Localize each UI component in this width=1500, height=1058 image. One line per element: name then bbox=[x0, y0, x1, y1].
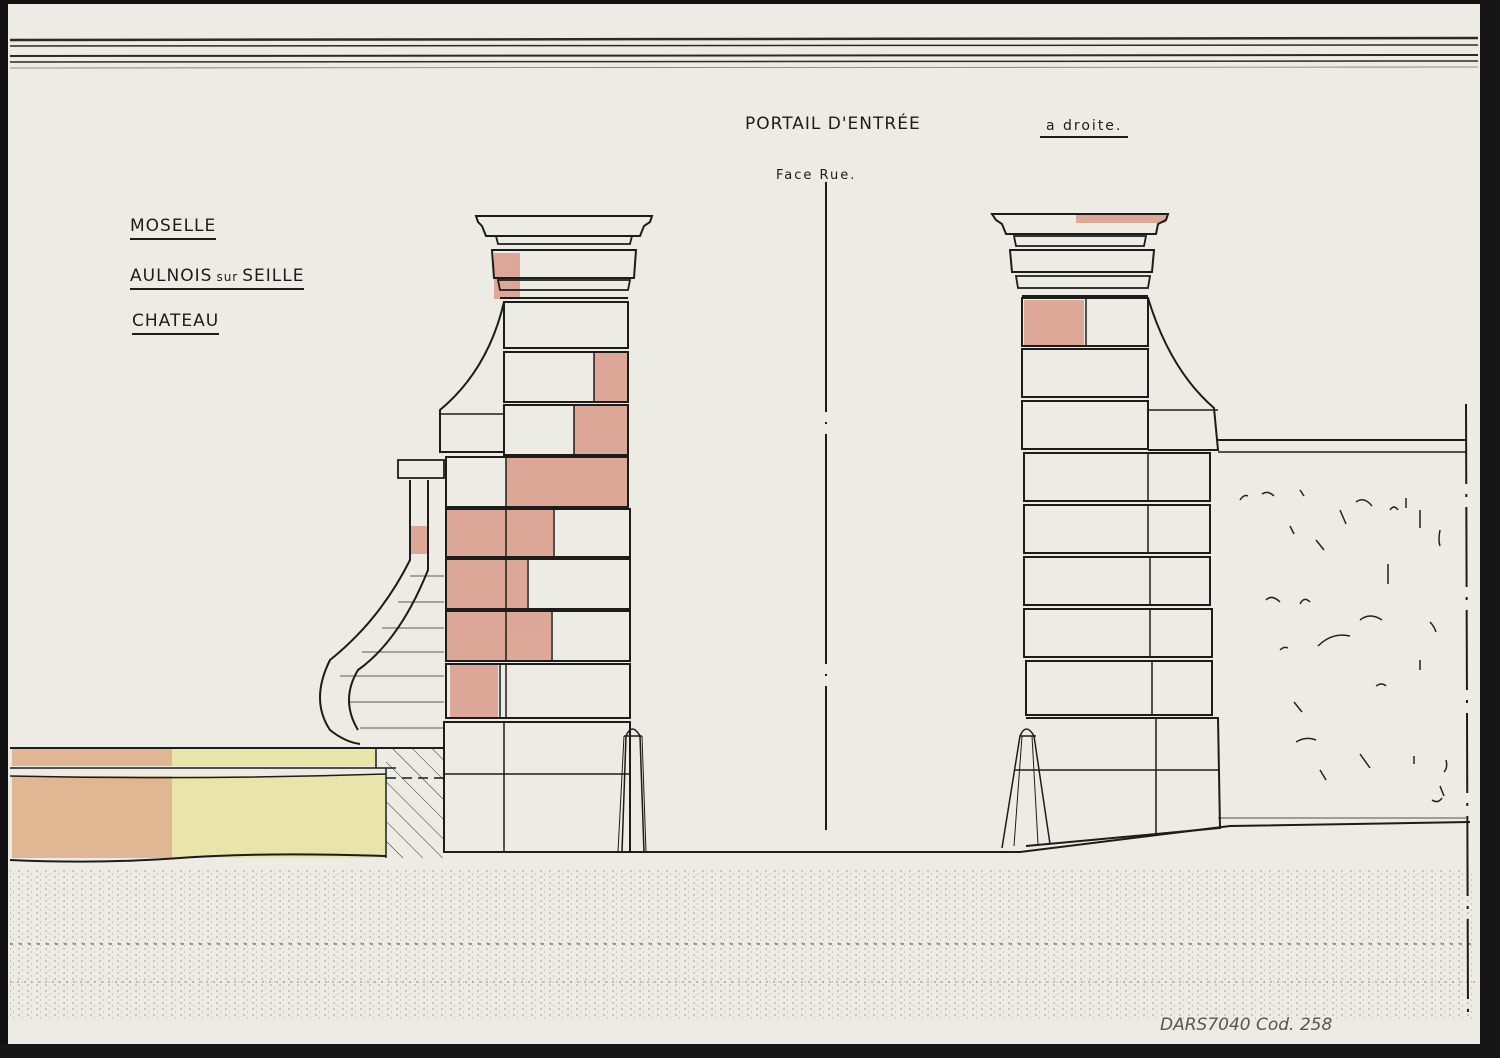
view-label: Face Rue. bbox=[776, 168, 856, 183]
location-building: CHATEAU bbox=[132, 311, 219, 335]
commune-part2: SEILLE bbox=[242, 266, 304, 286]
location-commune: AULNOISsurSEILLE bbox=[130, 266, 304, 290]
ground-line bbox=[444, 822, 1470, 852]
drawing-title: PORTAIL D'ENTRÉE bbox=[745, 114, 921, 134]
commune-sur: sur bbox=[216, 270, 238, 284]
archive-reference: DARS7040 Cod. 258 bbox=[1160, 1015, 1332, 1035]
commune-part1: AULNOIS bbox=[130, 266, 212, 286]
stone-texture-marks bbox=[1240, 490, 1447, 802]
location-department: MOSELLE bbox=[130, 216, 216, 240]
scan-noise bbox=[10, 870, 1476, 1020]
architectural-elevation-drawing bbox=[0, 0, 1500, 1058]
left-low-wall bbox=[10, 748, 444, 862]
drawing-title-qualifier: a droite. bbox=[1040, 118, 1128, 138]
sheet-border-lines bbox=[10, 38, 1478, 68]
